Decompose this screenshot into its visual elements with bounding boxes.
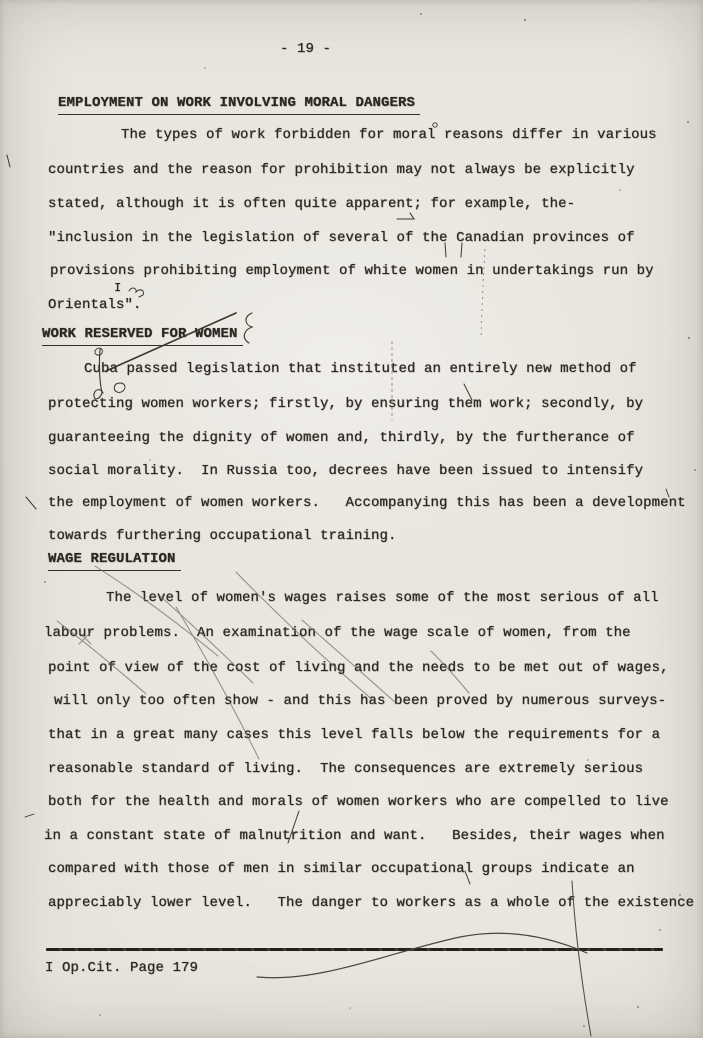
text-line: Orientals". bbox=[48, 297, 142, 313]
text-line: in a constant state of malnutrition and … bbox=[44, 828, 665, 844]
page-number: - 19 - bbox=[280, 41, 331, 57]
text-line: will only too often show - and this has … bbox=[54, 693, 666, 709]
text-line: The types of work forbidden for moral re… bbox=[121, 127, 657, 143]
text-line: compared with those of men in similar oc… bbox=[48, 861, 635, 877]
text-line: The level of women's wages raises some o… bbox=[106, 590, 659, 606]
footnote-text: I Op.Cit. Page 179 bbox=[45, 960, 198, 976]
heading-wage-regulation: WAGE REGULATION bbox=[48, 551, 181, 571]
text-line: Cuba passed legislation that instituted … bbox=[84, 361, 637, 377]
text-line: both for the health and morals of women … bbox=[48, 794, 669, 810]
text-line: protecting women workers; firstly, by en… bbox=[48, 396, 643, 412]
text-line: guaranteeing the dignity of women and, t… bbox=[48, 430, 635, 446]
text-line: stated, although it is often quite appar… bbox=[48, 196, 575, 212]
text-line: labour problems. An examination of the w… bbox=[44, 625, 631, 641]
document-page: - 19 - EMPLOYMENT ON WORK INVOLVING MORA… bbox=[0, 0, 703, 1038]
footnote-marker: I bbox=[114, 280, 121, 296]
text-line: provisions prohibiting employment of whi… bbox=[50, 263, 654, 279]
text-line: social morality. In Russia too, decrees … bbox=[48, 463, 643, 479]
text-line: countries and the reason for prohibition… bbox=[48, 162, 635, 178]
text-line: that in a great many cases this level fa… bbox=[48, 727, 660, 743]
text-line: reasonable standard of living. The conse… bbox=[48, 761, 643, 777]
text-line: appreciably lower level. The danger to w… bbox=[48, 895, 694, 911]
text-line: point of view of the cost of living and … bbox=[48, 660, 669, 676]
heading-work-reserved: WORK RESERVED FOR WOMEN bbox=[42, 326, 243, 346]
text-line: the employment of women workers. Accompa… bbox=[48, 495, 686, 511]
text-line: "inclusion in the legislation of several… bbox=[48, 230, 635, 246]
footnote-rule bbox=[46, 948, 663, 951]
pen-marks-overlay bbox=[0, 0, 703, 1038]
heading-moral-dangers: EMPLOYMENT ON WORK INVOLVING MORAL DANGE… bbox=[58, 95, 420, 115]
text-line: towards furthering occupational training… bbox=[48, 528, 397, 544]
